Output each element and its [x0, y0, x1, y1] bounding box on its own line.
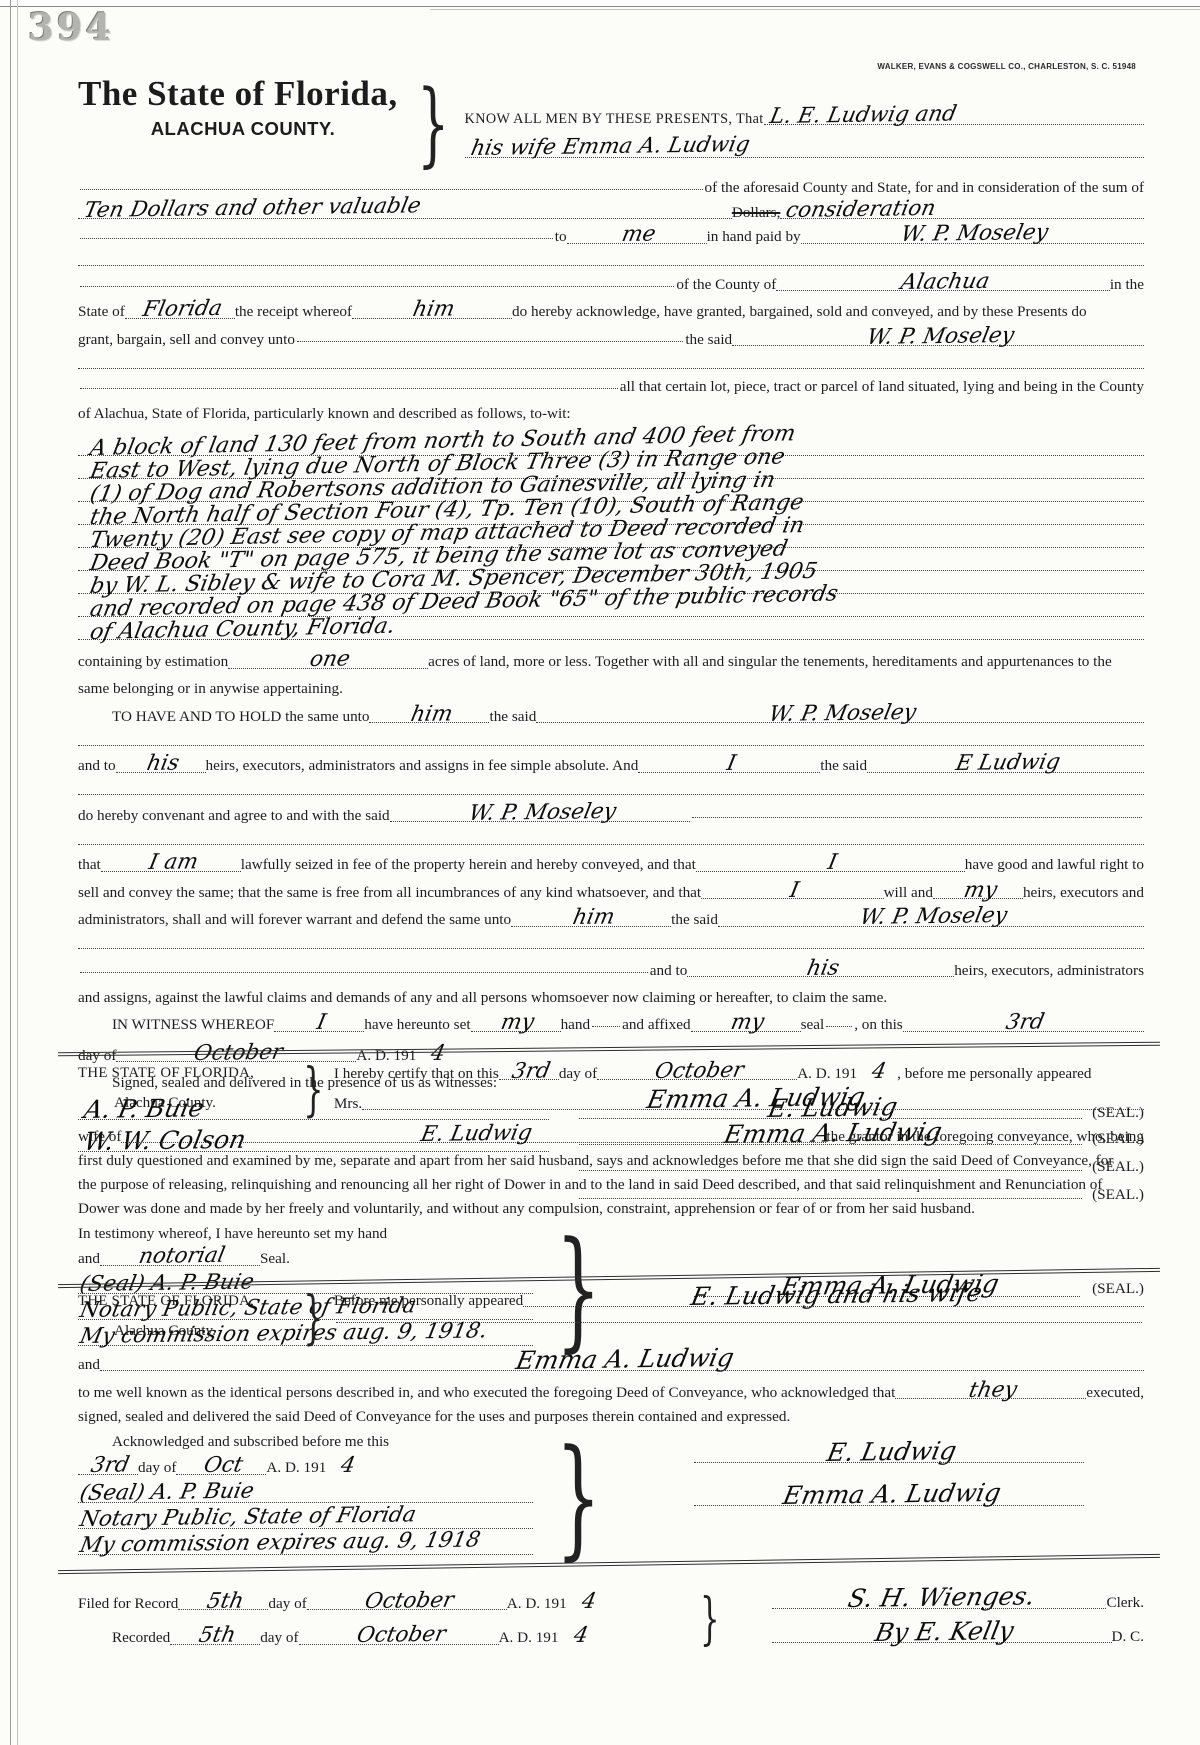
i-value: I: [725, 753, 738, 775]
acres-label: acres of land, more or less. Together wi…: [428, 652, 1112, 671]
printer-credit: WALKER, EVANS & COGSWELL CO., CHARLESTON…: [877, 57, 1136, 76]
scan-top-edge-2: [430, 9, 1200, 10]
claims-label: and assigns, against the lawful claims a…: [78, 988, 887, 1007]
seal-label: seal: [801, 1015, 825, 1034]
dotted-leader: [692, 815, 1142, 818]
described-label: of Alachua, State of Florida, particular…: [78, 404, 571, 423]
heirs3-label: heirs, executors, administrators: [954, 961, 1144, 980]
recorded-label: Recorded: [78, 1628, 170, 1647]
recorded-day-blank: 5th: [170, 1628, 260, 1645]
filing-dates: Filed for Record 5th day of October A. D…: [78, 1592, 688, 1648]
the-said-label-2: the said: [489, 707, 536, 726]
and-to2-label: and to: [650, 961, 688, 980]
n2-month-blank: Oct: [176, 1458, 266, 1475]
testimony-label: In testimony whereof, I have hereunto se…: [78, 1224, 533, 1243]
acknowledge-label: do hereby acknowledge, have granted, bar…: [512, 302, 1087, 321]
my-blank: my: [933, 882, 1023, 899]
sell-line: sell and convey the same; that the same …: [78, 882, 1144, 902]
description-text-9: of Alachua County, Florida.: [88, 615, 397, 643]
wife-name-blank: Emma A. Ludwig: [362, 1093, 1144, 1110]
belonging-label: same belonging or in anywise appertainin…: [78, 679, 343, 698]
n2-wife-value: Emma A. Ludwig: [514, 1345, 736, 1373]
dotted-leader: [80, 187, 703, 190]
grantee-blank: W. P. Moseley: [732, 329, 1144, 346]
filed-day-value: 5th: [205, 1590, 246, 1612]
acres-value: one: [308, 648, 352, 670]
n1-month-blank: October: [597, 1063, 797, 1080]
acknowledged-block: Acknowledged and subscribed before me th…: [78, 1432, 1144, 1562]
i2-value: I: [826, 852, 839, 874]
they-value: they: [967, 1379, 1019, 1401]
filed-line: Filed for Record 5th day of October A. D…: [78, 1592, 688, 1613]
to-blank: me: [567, 227, 707, 244]
ack-signatures: E. Ludwig Emma A. Ludwig: [624, 1432, 1144, 1562]
header-titles: The State of Florida, ALACHUA COUNTY.: [78, 84, 408, 138]
county-value: Alachua: [899, 270, 991, 293]
containing-label: containing by estimation: [78, 652, 228, 671]
state-of-label: State of: [78, 302, 125, 321]
and-to2-line: and to his heirs, executors, administrat…: [78, 960, 1144, 980]
husband-blank: E. Ludwig: [121, 1126, 826, 1143]
grantee2-blank: W. P. Moseley: [718, 910, 1144, 927]
i-blank: I: [638, 756, 820, 773]
witness-my-blank: my: [471, 1015, 561, 1032]
day-value: 3rd: [1004, 1011, 1046, 1033]
ack-signature1-blank: E. Ludwig: [694, 1446, 1084, 1463]
n2-and-label: and: [78, 1355, 100, 1374]
notary1-venue: THE STATE OF FLORIDA, Alachua County.: [78, 1060, 293, 1112]
filed-day-of-label: day of: [268, 1594, 306, 1613]
notarial-value: notorial: [137, 1245, 227, 1268]
filing-brace: }: [700, 1592, 720, 1648]
i3-blank: I: [701, 882, 883, 899]
hand-label: hand: [561, 1015, 591, 1034]
his2-value: his: [805, 957, 841, 979]
grantor-name-1-value: L. E. Ludwig and: [768, 103, 958, 127]
notary2-title: Notary Public, State of Florida: [78, 1504, 418, 1530]
grantee-blank-2: W. P. Moseley: [536, 706, 1144, 723]
binding-edge: [10, 0, 18, 1745]
wife-of-line: wife of E. Ludwig the grantor in the for…: [78, 1126, 1144, 1146]
ack-date-line: 3rd day of Oct A. D. 191 4: [78, 1457, 533, 1478]
to-label: to: [555, 227, 567, 246]
amount-value: Ten Dollars and other valuable: [82, 195, 423, 221]
affixed-label: and affixed: [622, 1015, 690, 1034]
day-blank: 3rd: [903, 1015, 1144, 1032]
notary2-attestation: Acknowledged and subscribed before me th…: [78, 1432, 533, 1562]
n1-month-value: October: [653, 1059, 746, 1082]
certify-label: I hereby certify that on this: [334, 1064, 499, 1083]
clerk-signature: S. H. Wienges.: [846, 1583, 1037, 1611]
heirs2-label: heirs, executors and: [1023, 883, 1144, 902]
payer-value: W. P. Moseley: [899, 222, 1050, 246]
deputy-signature: By E. Kelly: [873, 1618, 1016, 1645]
blank-rule: [78, 792, 1144, 795]
recorded-year-value: 4: [572, 1625, 590, 1647]
his-blank: his: [116, 756, 206, 773]
agree-grantee-value: W. P. Moseley: [467, 800, 618, 824]
grantor-name-line-2: his wife Emma A. Ludwig: [465, 141, 1144, 158]
recorded-day-of-label: day of: [260, 1628, 298, 1647]
notary2-seal-sig: (Seal) A. P. Buie: [78, 1481, 256, 1505]
notarial-blank: notorial: [100, 1249, 260, 1266]
state-blank: Florida: [125, 302, 235, 319]
all-that-line: all that certain lot, piece, tract or pa…: [78, 377, 1144, 396]
containing-line: containing by estimation one acres of la…: [78, 652, 1144, 672]
before-label: Before me personally appeared: [334, 1291, 523, 1310]
the-said-label-3: the said: [820, 756, 867, 775]
his2-blank: his: [687, 960, 954, 977]
amount-blank: Ten Dollars and other valuable: [78, 202, 732, 219]
they-blank: they: [895, 1382, 1086, 1399]
payer-blank: W. P. Moseley: [801, 227, 1144, 244]
clerk-row: S. H. Wienges. Clerk.: [732, 1592, 1144, 1612]
in-witness-label: IN WITNESS WHEREOF: [78, 1015, 274, 1034]
filed-year-value: 4: [580, 1590, 598, 1612]
recorded-line: Recorded 5th day of October A. D. 191 4: [78, 1627, 688, 1648]
executed-label: executed,: [1086, 1383, 1144, 1402]
paid-by-line: to me in hand paid by W. P. Moseley: [78, 227, 1144, 247]
and-to-line: and to his heirs, executors, administrat…: [78, 756, 1144, 776]
ack-signature2-blank: Emma A. Ludwig: [694, 1489, 1084, 1506]
state-title: The State of Florida,: [78, 84, 408, 103]
notary2-county-label: Alachua County.: [78, 1321, 293, 1340]
notary-commission-line: My commission expires aug. 9, 1918: [78, 1535, 533, 1555]
warrant-label: administrators, shall and will forever w…: [78, 910, 511, 929]
dotted-leader: [592, 1024, 620, 1027]
grantee-value: W. P. Moseley: [865, 324, 1016, 348]
filing-row: Filed for Record 5th day of October A. D…: [78, 1592, 1144, 1648]
county-title: ALACHUA COUNTY.: [78, 119, 408, 138]
ack-label: Acknowledged and subscribed before me th…: [78, 1432, 533, 1451]
before-line: Before me personally appeared E. Ludwig …: [334, 1290, 1144, 1310]
that-label: that: [78, 855, 101, 874]
notary2-state-label: THE STATE OF FLORIDA,: [78, 1292, 293, 1311]
blank-rule: [78, 946, 1144, 949]
recorded-month-value: October: [355, 1624, 448, 1647]
blank-rule: [78, 842, 1144, 845]
known-label: to me well known as the identical person…: [78, 1383, 895, 1402]
and-wife-line: and Emma A. Ludwig: [78, 1354, 1144, 1374]
ack-signature-row: Emma A. Ludwig: [624, 1489, 1144, 1506]
notary1-state-label: THE STATE OF FLORIDA,: [78, 1064, 293, 1083]
scan-top-edge: [0, 6, 1200, 7]
and-to-label: and to: [78, 756, 116, 775]
dollars-label: Dollars,: [732, 203, 781, 222]
sell-label: sell and convey the same; that the same …: [78, 883, 701, 902]
document-header: The State of Florida, ALACHUA COUNTY. } …: [78, 84, 1144, 170]
dower-body-line-1: first duly questioned and examined by me…: [78, 1151, 1144, 1170]
filed-day-blank: 5th: [178, 1593, 268, 1610]
witness-i-blank: I: [274, 1015, 364, 1032]
recorded-month-blank: October: [299, 1628, 499, 1645]
blank-line: [334, 1322, 1144, 1325]
will-and-label: will and: [884, 883, 933, 902]
witness-i-value: I: [315, 1012, 328, 1034]
notary1-header: THE STATE OF FLORIDA, Alachua County. } …: [78, 1060, 1144, 1118]
to-have-label: TO HAVE AND TO HOLD the same unto: [78, 707, 369, 726]
n1-appeared-label: , before me personally appeared: [897, 1064, 1091, 1083]
seized-label: lawfully seized in fee of the property h…: [241, 855, 696, 874]
on-this-label: , on this: [854, 1015, 903, 1034]
notary2-appeared-block: Before me personally appeared E. Ludwig …: [334, 1288, 1144, 1325]
mrs-line: Mrs. Emma A. Ludwig: [334, 1093, 1144, 1113]
consideration-value: consideration: [784, 197, 937, 221]
and-label: and: [78, 1249, 100, 1268]
filed-year-blank: 4: [567, 1592, 607, 1609]
n1-ad-label: A. D. 191: [797, 1064, 857, 1083]
blank-rule: [78, 263, 1144, 266]
dower-body-line-3: Dower was done and made by her freely an…: [78, 1199, 1144, 1218]
recorded-day-value: 5th: [197, 1624, 238, 1646]
heirs-label: heirs, executors, administrators and ass…: [206, 756, 639, 775]
known-line: to me well known as the identical person…: [78, 1382, 1144, 1402]
acres-blank: one: [228, 652, 428, 669]
state-value: Florida: [141, 298, 224, 321]
unto-blank: him: [369, 706, 489, 723]
grantor-value: E Ludwig: [954, 752, 1062, 775]
belonging-line: same belonging or in anywise appertainin…: [78, 679, 1144, 698]
recorded-year-blank: 4: [559, 1627, 599, 1644]
n1-day-of-label: day of: [559, 1064, 597, 1083]
legal-description: A block of land 130 feet from north to S…: [78, 433, 1144, 640]
n1-day-value: 3rd: [510, 1060, 552, 1082]
notary2-seal-stanza: (Seal) A. P. Buie Notary Public, State o…: [78, 1483, 533, 1555]
claims-line: and assigns, against the lawful claims a…: [78, 988, 1144, 1007]
n1-year-blank: 4: [857, 1062, 897, 1079]
grantor-name-line-1: L. E. Ludwig and: [764, 108, 1144, 125]
to-have-line: TO HAVE AND TO HOLD the same unto him th…: [78, 706, 1144, 726]
dotted-leader: [80, 236, 553, 239]
notary2-venue: THE STATE OF FLORIDA, Alachua County.: [78, 1288, 293, 1340]
n2-day-value: 3rd: [89, 1454, 131, 1476]
described-line: of Alachua, State of Florida, particular…: [78, 404, 1144, 423]
deed-body: The State of Florida, ALACHUA COUNTY. } …: [78, 84, 1144, 1204]
warrant-line: administrators, shall and will forever w…: [78, 910, 1144, 930]
i-am-value: I am: [147, 851, 200, 873]
clerk-signatures: S. H. Wienges. Clerk. By E. Kelly D. C.: [732, 1592, 1144, 1648]
acknowledged-brace: }: [556, 1432, 601, 1562]
grant-label: grant, bargain, sell and convey unto: [78, 330, 295, 349]
husband-value: E. Ludwig: [419, 1122, 534, 1145]
him-value: him: [409, 703, 455, 725]
grant-line: grant, bargain, sell and convey unto the…: [78, 329, 1144, 349]
header-grantor-block: KNOW ALL MEN BY THESE PRESENTS, That L. …: [465, 84, 1144, 158]
deputy-sig-blank: By E. Kelly: [772, 1626, 1112, 1643]
consideration-blank: consideration: [780, 202, 1144, 219]
description-line: and recorded on page 438 of Deed Book "6…: [78, 594, 1144, 617]
grantor-name-2-value: his wife Emma A. Ludwig: [469, 134, 752, 159]
witness-my2-value: my: [729, 1012, 766, 1034]
receipt-line: State of Florida the receipt whereof him…: [78, 302, 1144, 322]
i2-blank: I: [696, 855, 965, 872]
his-value: his: [145, 753, 181, 775]
n1-year-value: 4: [870, 1060, 888, 1082]
i3-value: I: [788, 879, 801, 901]
wife-of-label: wife of: [78, 1127, 121, 1146]
grantee-value-2: W. P. Moseley: [767, 701, 918, 725]
the-said-label: the said: [685, 330, 732, 349]
notary-title-line: Notary Public, State of Florida: [78, 1509, 533, 1529]
clerk-label: Clerk.: [1106, 1593, 1144, 1612]
filing-block: Filed for Record 5th day of October A. D…: [78, 1592, 1144, 1648]
dotted-leader: [80, 970, 648, 973]
county-blank: Alachua: [776, 274, 1110, 291]
n2-ad-label: A. D. 191: [266, 1458, 326, 1477]
my-value: my: [962, 879, 999, 901]
filed-month-value: October: [363, 1589, 456, 1612]
notary-seal-sig-line: (Seal) A. P. Buie: [78, 1483, 533, 1503]
appeared-value: E. Ludwig and his wife: [689, 1280, 984, 1309]
witness-my-value: my: [499, 1012, 536, 1034]
page-number: 394: [28, 18, 114, 37]
dotted-leader: [297, 339, 683, 342]
right-label: have good and lawful right to: [965, 855, 1144, 874]
notary1-brace: }: [303, 1060, 323, 1118]
ack-signature2: Emma A. Ludwig: [781, 1479, 1003, 1507]
seized-line: that I am lawfully seized in fee of the …: [78, 855, 1144, 875]
ack-signature-row: E. Ludwig: [624, 1446, 1144, 1463]
aforesaid-line: of the aforesaid County and State, for a…: [78, 178, 1144, 197]
set-label: have hereunto set: [364, 1015, 470, 1034]
me-value: me: [620, 224, 657, 246]
notary1-county-label: Alachua County.: [78, 1093, 293, 1112]
deputy-row: By E. Kelly D. C.: [732, 1626, 1144, 1646]
receipt-value: him: [411, 298, 457, 320]
him2-value: him: [571, 906, 617, 928]
n1-day-blank: 3rd: [499, 1063, 559, 1080]
receipt-label: the receipt whereof: [235, 302, 352, 321]
clerk-sig-blank: S. H. Wienges.: [772, 1592, 1107, 1609]
dotted-leader: [336, 1320, 1142, 1323]
agree-grantee-blank: W. P. Moseley: [390, 805, 690, 822]
presents-label: KNOW ALL MEN BY THESE PRESENTS, That: [465, 110, 764, 129]
in-the-label: in the: [1110, 275, 1144, 294]
dotted-leader: [80, 284, 674, 287]
recorded-ad-label: A. D. 191: [499, 1628, 559, 1647]
receipt-blank: him: [352, 302, 512, 319]
dotted-leader: [80, 386, 618, 389]
aforesaid-label: of the aforesaid County and State, for a…: [705, 178, 1144, 197]
amount-line: Ten Dollars and other valuable Dollars, …: [78, 202, 1144, 222]
i-am-blank: I am: [101, 855, 241, 872]
all-that-label: all that certain lot, piece, tract or pa…: [620, 377, 1144, 396]
wife-name-value: Emma A. Ludwig: [645, 1083, 867, 1111]
delivered-line: signed, sealed and delivered the said De…: [78, 1407, 1144, 1426]
county-line: of the County of Alachua in the: [78, 274, 1144, 294]
agree-line: do hereby convenant and agree to and wit…: [78, 805, 1144, 825]
appeared-blank: E. Ludwig and his wife: [523, 1290, 1144, 1307]
filed-month-blank: October: [307, 1593, 507, 1610]
in-witness-line: IN WITNESS WHEREOF I have hereunto set m…: [78, 1015, 1144, 1035]
deed-record-page: 394 WALKER, EVANS & COGSWELL CO., CHARLE…: [0, 0, 1200, 1745]
n2-month-value: Oct: [202, 1454, 245, 1476]
filed-label: Filed for Record: [78, 1594, 178, 1613]
n2-day-of-label: day of: [138, 1458, 176, 1477]
mrs-label: Mrs.: [334, 1094, 362, 1113]
blank-rule: [78, 366, 1144, 369]
agree-label: do hereby convenant and agree to and wit…: [78, 806, 390, 825]
blank-rule: [78, 743, 1144, 746]
dower-body-line-2: the purpose of releasing, relinquishing …: [78, 1175, 1144, 1194]
county-of-label: of the County of: [676, 275, 776, 294]
certify-line: I hereby certify that on this 3rd day of…: [334, 1062, 1144, 1083]
n2-day-blank: 3rd: [78, 1458, 138, 1475]
notary2-header: THE STATE OF FLORIDA, Alachua County. } …: [78, 1288, 1144, 1346]
header-brace: }: [417, 78, 449, 170]
grantee2-value: W. P. Moseley: [858, 905, 1009, 929]
filed-ad-label: A. D. 191: [507, 1594, 567, 1613]
n2-wife-blank: Emma A. Ludwig: [100, 1354, 1144, 1371]
dc-label: D. C.: [1112, 1627, 1145, 1646]
ack-signature1: E. Ludwig: [825, 1438, 959, 1465]
dotted-leader: [826, 1024, 852, 1027]
n2-year-blank: 4: [326, 1457, 366, 1474]
n1-grantor-label: the grantor in the foregoing conveyance,…: [826, 1127, 1144, 1146]
witness-my2-blank: my: [691, 1015, 801, 1032]
notary2-brace: }: [303, 1288, 323, 1346]
him2-blank: him: [511, 910, 671, 927]
notary1-certify-block: I hereby certify that on this 3rd day of…: [334, 1060, 1144, 1113]
grantor-blank: E Ludwig: [867, 756, 1144, 773]
the-said2-label: the said: [671, 910, 718, 929]
description-line: of Alachua County, Florida.: [78, 617, 1144, 640]
seal-word-label: Seal.: [260, 1249, 290, 1268]
notary2-commission: My commission expires aug. 9, 1918: [78, 1529, 482, 1556]
notarial-seal-line: and notorial Seal.: [78, 1249, 533, 1269]
notary-acknowledgment-block: THE STATE OF FLORIDA, Alachua County. } …: [78, 1288, 1144, 1562]
paid-by-label: in hand paid by: [707, 227, 801, 246]
n2-year-value: 4: [339, 1455, 357, 1477]
